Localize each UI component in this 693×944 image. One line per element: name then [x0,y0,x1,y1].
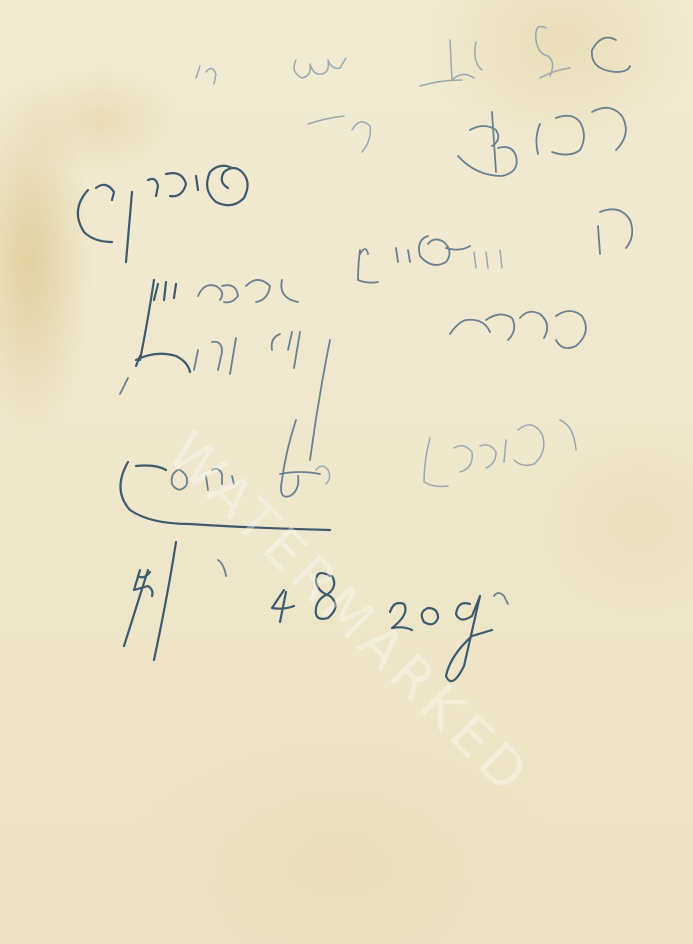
handwriting-strokes [0,0,693,944]
descender-stroke [310,340,330,460]
signature-strokes [120,420,330,530]
handwriting-line-7 [424,420,576,487]
handwriting-line-1 [196,27,630,87]
handwriting-line-3 [78,166,248,262]
handwriting-line-4 [358,209,632,282]
handwriting-line-6 [120,280,300,394]
date-strokes [124,542,508,681]
handwriting-line-2 [308,108,626,176]
handwriting-line-5 [154,280,586,348]
paper-sheet: WATERMARKED מי יגיע לדאת ומי בחזה בך המז… [0,0,693,944]
